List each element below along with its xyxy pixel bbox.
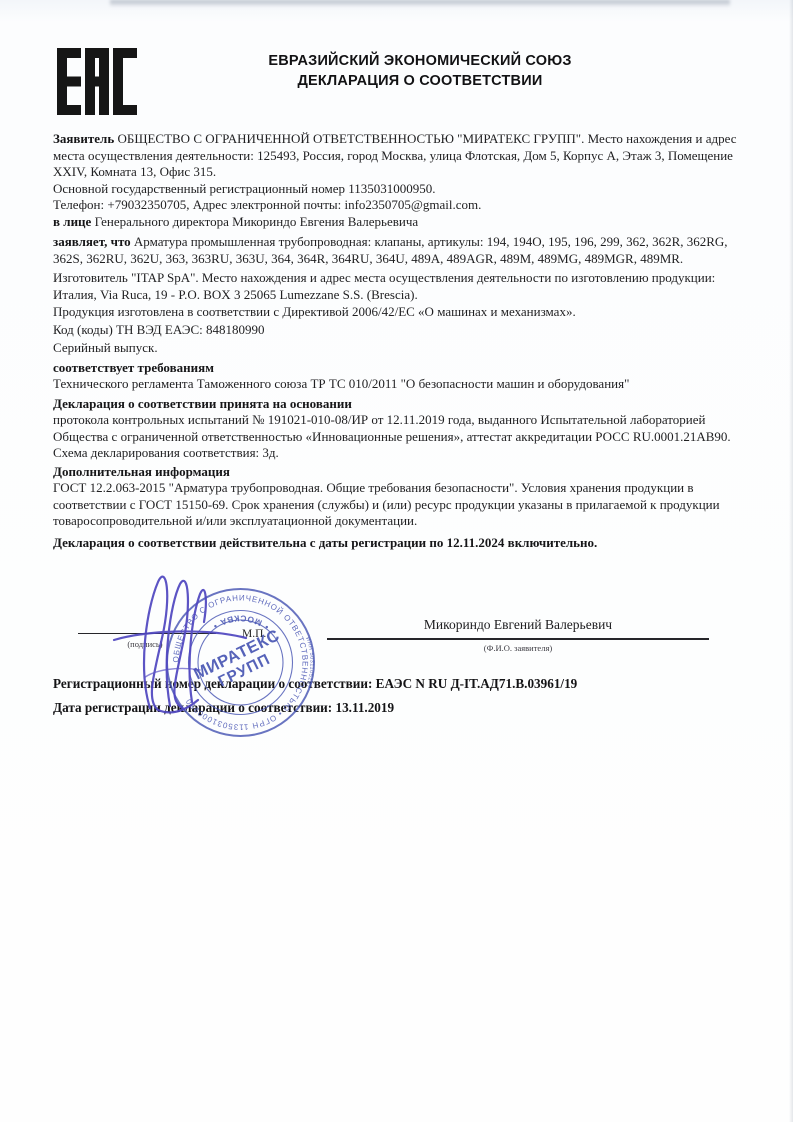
- basis-heading: Декларация о соответствии принята на осн…: [53, 396, 352, 411]
- declares-text: Арматура промышленная трубопроводная: кл…: [53, 234, 728, 266]
- scan-artifact-right-edge: [789, 0, 793, 1122]
- applicant-text: ОБЩЕСТВО С ОГРАНИЧЕННОЙ ОТВЕТСТВЕННОСТЬЮ…: [53, 131, 737, 179]
- conformity-heading: соответствует требованиям: [53, 360, 214, 375]
- paragraph-manufacturer: Изготовитель "ITAP SpA". Место нахождени…: [53, 270, 747, 303]
- document-body: Заявитель ОБЩЕСТВО С ОГРАНИЧЕННОЙ ОТВЕТС…: [53, 127, 747, 551]
- additional-text: ГОСТ 12.2.063-2015 "Арматура трубопровод…: [53, 480, 720, 528]
- paragraph-additional-info: Дополнительная информация ГОСТ 12.2.063-…: [53, 464, 747, 530]
- applicant-label: Заявитель: [53, 131, 117, 146]
- scan-artifact-top: [110, 0, 730, 7]
- applicant-contact: Телефон: +79032350705, Адрес электронной…: [53, 197, 481, 212]
- paragraph-conformity: соответствует требованиям Технического р…: [53, 360, 747, 393]
- registration-date-value: 13.11.2019: [335, 700, 394, 715]
- document-title: ЕВРАЗИЙСКИЙ ЭКОНОМИЧЕСКИЙ СОЮЗ ДЕКЛАРАЦИ…: [50, 51, 790, 91]
- paragraph-production-directive: Продукция изготовлена в соответствии с Д…: [53, 304, 747, 321]
- registration-number-value: ЕАЭС N RU Д-IT.АД71.В.03961/19: [376, 676, 578, 691]
- paragraph-declares: заявляет, что Арматура промышленная труб…: [53, 234, 747, 267]
- title-line-union: ЕВРАЗИЙСКИЙ ЭКОНОМИЧЕСКИЙ СОЮЗ: [50, 51, 790, 71]
- person-text: Генерального директора Микориндо Евгения…: [95, 214, 419, 229]
- basis-text: протокола контрольных испытаний № 191021…: [53, 412, 731, 444]
- validity-text: Декларация о соответствии действительна …: [53, 535, 597, 550]
- paragraph-scheme: Схема декларирования соответствия: 3д.: [53, 445, 747, 462]
- paragraph-basis: Декларация о соответствии принята на осн…: [53, 396, 747, 446]
- declaration-document-page: ЕВРАЗИЙСКИЙ ЭКОНОМИЧЕСКИЙ СОЮЗ ДЕКЛАРАЦИ…: [0, 0, 793, 1122]
- paragraph-serial-release: Серийный выпуск.: [53, 340, 747, 357]
- signer-name: Микориндо Евгений Валерьевич: [320, 617, 716, 633]
- person-label: в лице: [53, 214, 95, 229]
- additional-heading: Дополнительная информация: [53, 464, 230, 479]
- paragraph-tnved-code: Код (коды) ТН ВЭД ЕАЭС: 848180990: [53, 322, 747, 339]
- paragraph-applicant: Заявитель ОБЩЕСТВО С ОГРАНИЧЕННОЙ ОТВЕТС…: [53, 131, 747, 230]
- paragraph-validity: Декларация о соответствии действительна …: [53, 535, 747, 552]
- conformity-text: Технического регламента Таможенного союз…: [53, 376, 629, 391]
- declares-label: заявляет, что: [53, 234, 134, 249]
- handwritten-signature: [108, 558, 253, 718]
- signer-caption: (Ф.И.О. заявителя): [327, 643, 709, 653]
- applicant-ogrn: Основной государственный регистрационный…: [53, 181, 435, 196]
- signer-name-line: [327, 638, 709, 640]
- title-line-declaration: ДЕКЛАРАЦИЯ О СООТВЕТСТВИИ: [50, 71, 790, 91]
